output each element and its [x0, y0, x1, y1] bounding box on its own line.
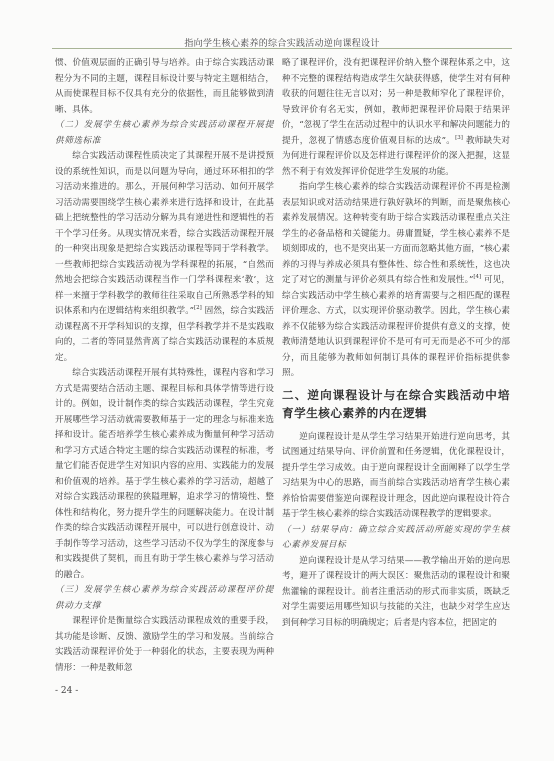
- citation-ref: [4]: [473, 274, 481, 280]
- paragraph: 综合实践活动课程开展有其特殊性，课程内容和学习方式是需要结合活动主题、课程目标和…: [55, 366, 274, 583]
- paragraph: 略了课程评价，没有把课程评价纳入整个课程体系之中，这种不完整的课程结构造成学生欠…: [282, 56, 510, 180]
- right-column: 略了课程评价，没有把课程评价纳入整个课程体系之中，这种不完整的课程结构造成学生欠…: [282, 56, 510, 631]
- paragraph-text: 可见，综合实践活动中学生核心素养的培育需要与之相匹配的课程评价理念、方式，以实现…: [282, 275, 510, 378]
- citation-ref: [3]: [455, 135, 463, 141]
- paragraph-text: 综合实践活动课程性质决定了其课程开展不是讲授预设的系统性知识，而是以问题为导向，…: [55, 151, 274, 316]
- subsection-heading-3: （三）发展学生核心素养为综合实践活动课程评价提供动力支撑: [55, 583, 274, 614]
- section-heading: 二、逆向课程设计与在综合实践活动中培育学生核心素养的内在逻辑: [282, 386, 510, 422]
- paragraph: 课程评价是衡量综合实践活动课程成效的重要手段，其功能是诊断、反馈、激励学生的学习…: [55, 614, 274, 676]
- citation-ref: [2]: [194, 305, 202, 311]
- subsection-heading-1: （一）结果导向：确立综合实践活动所能实现的学生核心素养发展目标: [282, 523, 510, 554]
- page-number: - 24 -: [55, 686, 78, 696]
- running-title: 指向学生核心素养的综合实践活动逆向课程设计: [184, 39, 379, 49]
- paragraph: 逆向课程设计是从学生学习结果开始进行逆向思考，其试图通过结果导向、评价前置和任务…: [282, 430, 510, 523]
- running-header: 指向学生核心素养的综合实践活动逆向课程设计: [52, 31, 512, 49]
- paragraph: 惯、价值观层面的正确引导与培养。由于综合实践活动课程分为不同的主题，课程目标设计…: [55, 56, 274, 118]
- left-column: 惯、价值观层面的正确引导与培养。由于综合实践活动课程分为不同的主题，课程目标设计…: [55, 56, 274, 676]
- paragraph-text: 指向学生核心素养的综合实践活动课程评价不再是检测表层知识或对活动结果进行孰好孰坏…: [282, 182, 510, 285]
- paragraph: 综合实践活动课程性质决定了其课程开展不是讲授预设的系统性知识，而是以问题为导向，…: [55, 149, 274, 366]
- paragraph-text: 略了课程评价，没有把课程评价纳入整个课程体系之中，这种不完整的课程结构造成学生欠…: [282, 58, 510, 146]
- paragraph: 逆向课程设计是从学习结果——教学输出开始的逆向思考，避开了课程设计的两大误区：聚…: [282, 554, 510, 632]
- paragraph: 指向学生核心素养的综合实践活动课程评价不再是检测表层知识或对活动结果进行孰好孰坏…: [282, 180, 510, 382]
- subsection-heading-2: （二）发展学生核心素养为综合实践活动课程开展提供筛选标准: [55, 118, 274, 149]
